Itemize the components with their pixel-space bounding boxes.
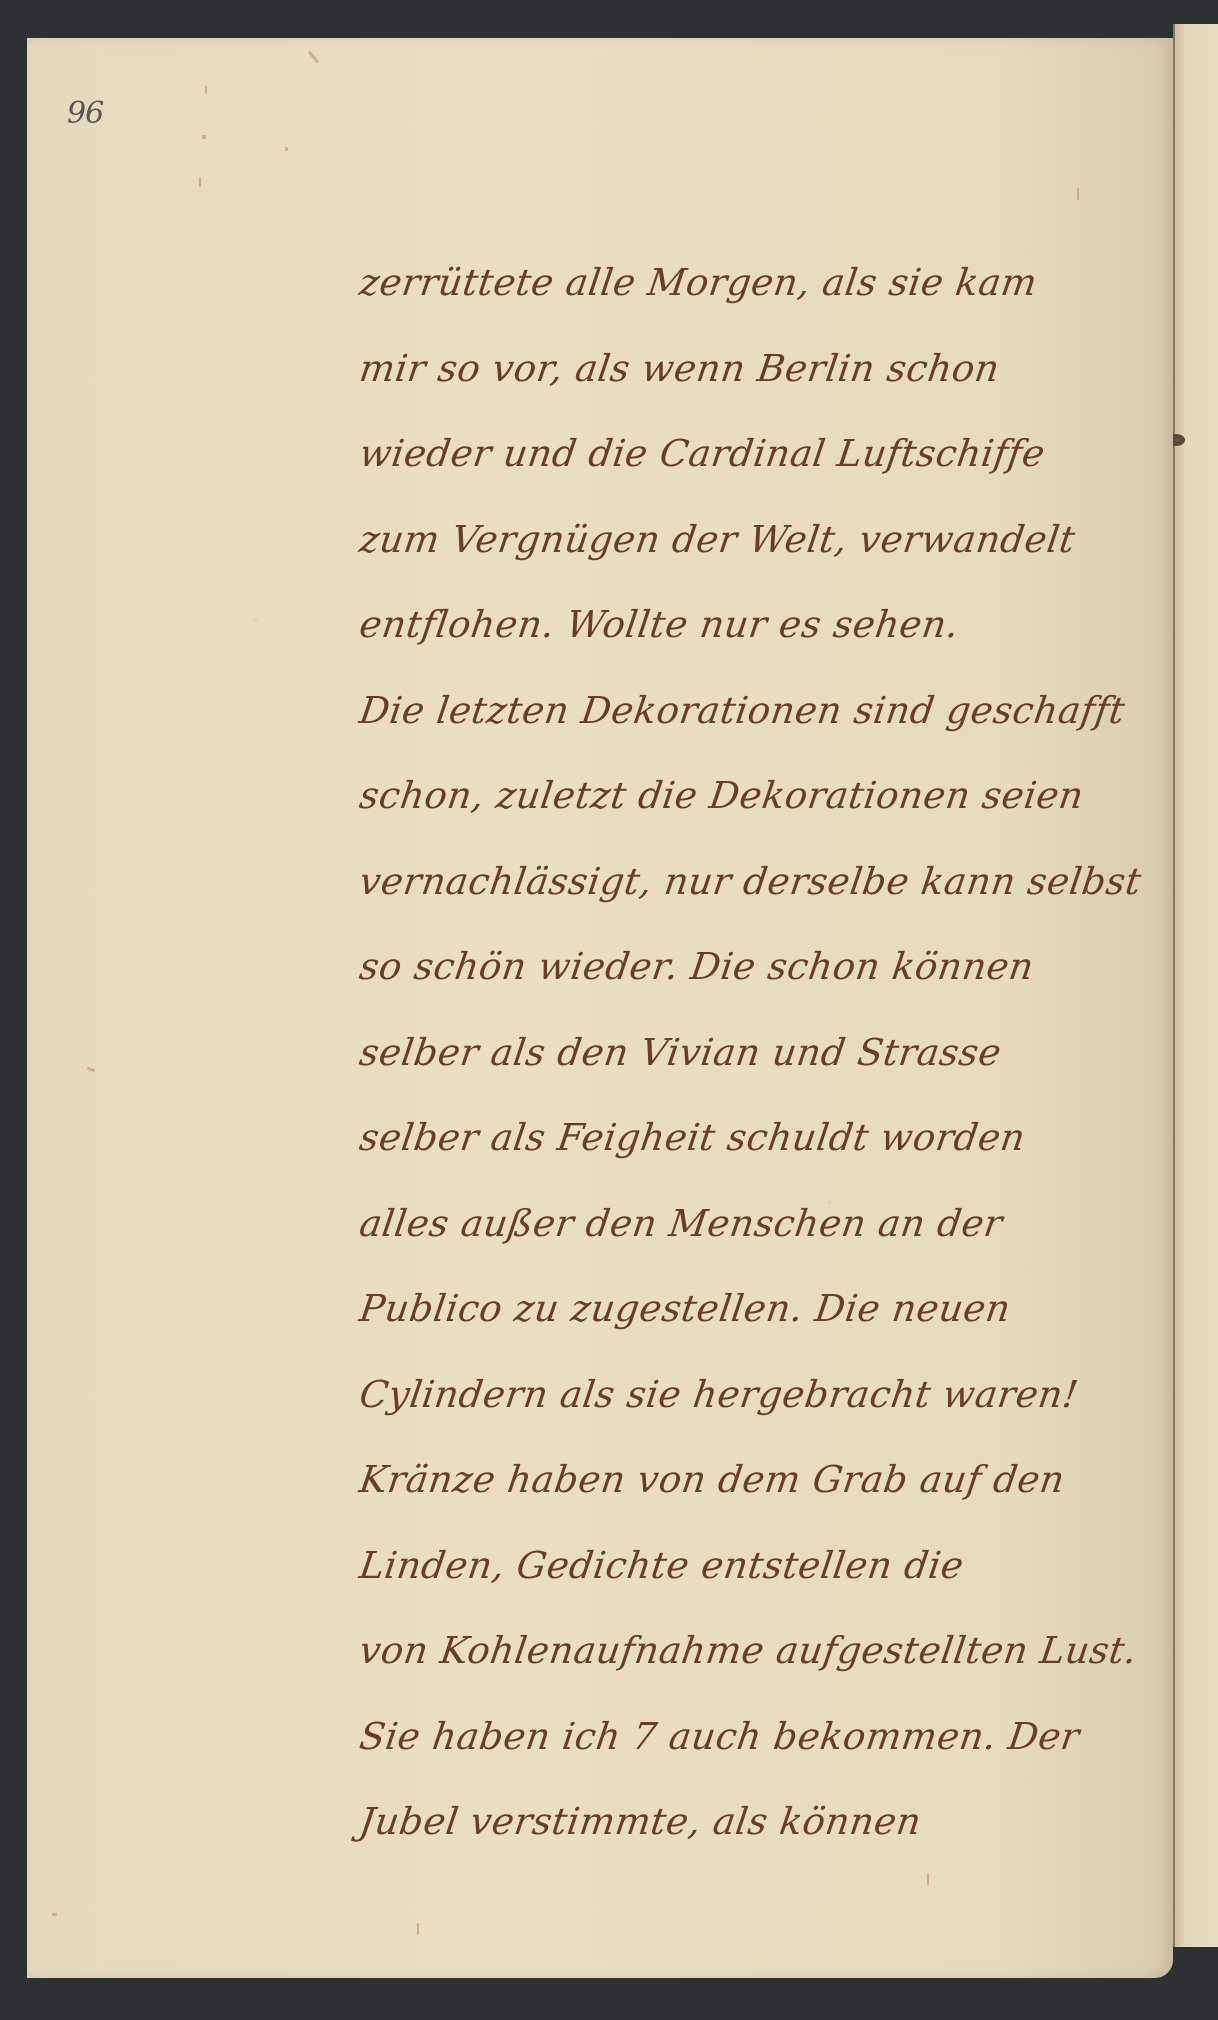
text-line: von Kohlenaufnahme aufgestellten Lust. [352,1621,1104,1707]
paper-fiber [87,1067,96,1073]
manuscript-scan: 96 zerrüttete alle Morgen, als sie kam m… [0,0,1218,2020]
text-line: Sie haben ich 7 auch bekommen. Der [352,1707,1104,1793]
text-line: Linden, Gedichte entstellen die [352,1536,1104,1622]
text-line: Jubel verstimmte, als können [352,1792,1104,1878]
text-line: zum Vergnügen der Welt, verwandelt [352,510,1104,596]
paper-fiber [52,1913,57,1916]
paper-fiber [1077,188,1079,200]
text-line: vernachlässigt, nur derselbe kann selbst [352,852,1104,938]
paper-fiber [202,135,206,139]
manuscript-page: 96 zerrüttete alle Morgen, als sie kam m… [27,38,1173,1978]
text-line: entflohen. Wollte nur es sehen. [352,595,1104,681]
paper-fiber [417,1923,419,1935]
facing-page-edge [1173,24,1218,1947]
handwritten-text-block: zerrüttete alle Morgen, als sie kam mir … [352,253,1092,1878]
text-line: Kränze haben von dem Grab auf den [352,1450,1104,1536]
folio-number: 96 [67,96,103,131]
text-line: wieder und die Cardinal Luftschiffe [352,424,1104,510]
text-line: zerrüttete alle Morgen, als sie kam [352,253,1104,339]
text-line: schon, zuletzt die Dekorationen seien [352,766,1104,852]
paper-fiber [205,86,207,94]
text-line: Cylindern als sie hergebracht waren! [352,1365,1104,1451]
text-line: Die letzten Dekorationen sind geschafft [352,681,1104,767]
paper-fiber [308,51,319,64]
text-line: selber als Feigheit schuldt worden [352,1108,1104,1194]
paper-fiber [199,177,201,187]
text-line: Publico zu zugestellen. Die neuen [352,1279,1104,1365]
text-line: mir so vor, als wenn Berlin schon [352,339,1104,425]
text-line: alles außer den Menschen an der [352,1194,1104,1280]
text-line: so schön wieder. Die schon können [352,937,1104,1023]
text-line: selber als den Vivian und Strasse [352,1023,1104,1109]
paper-fiber [285,147,288,151]
